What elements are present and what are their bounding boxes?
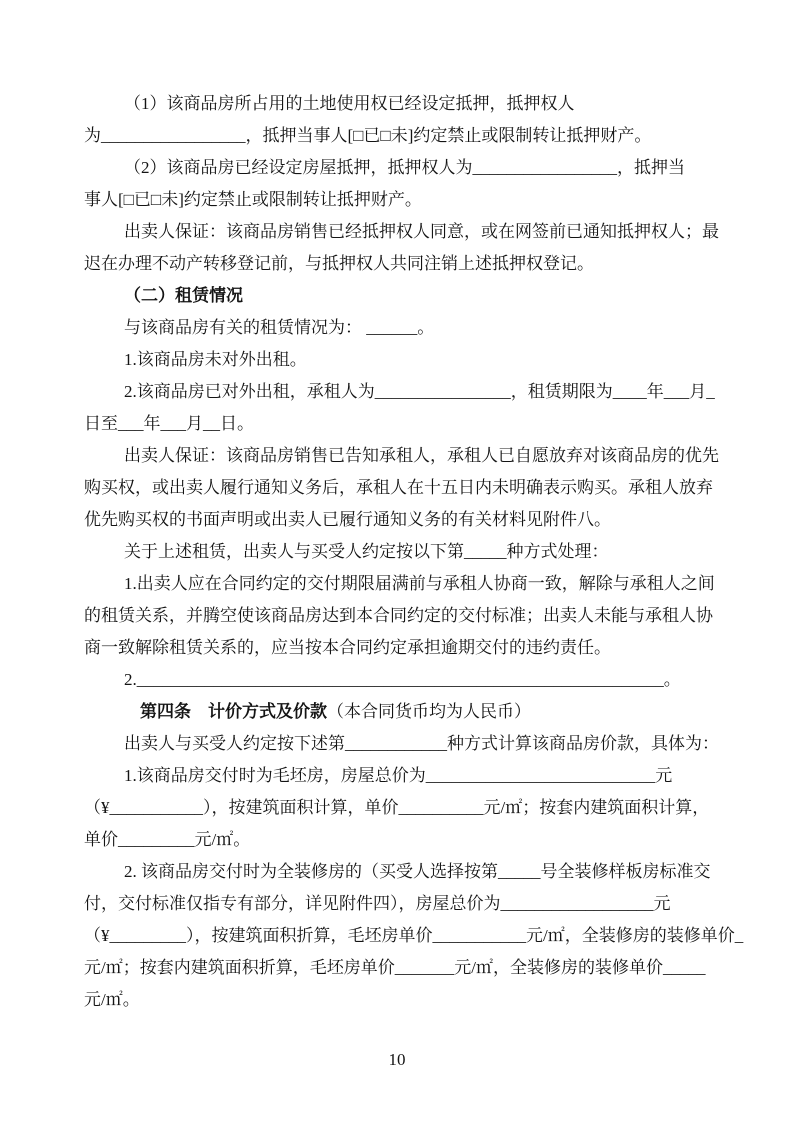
seller-guarantee-rental-1: 出卖人保证：该商品房销售已告知承租人，承租人已自愿放弃对该商品房的优先 xyxy=(84,440,716,472)
rental-option-1: 1.该商品房未对外出租。 xyxy=(84,344,716,376)
text-segment: 2.该商品房已对外出租，承租人为________________，租赁期限为__… xyxy=(124,382,715,401)
clause-mortgage-land-2: 为_________________，抵押当事人[□已□未]约定禁止或限制转让抵… xyxy=(84,120,716,152)
document-body: （1）该商品房所占用的土地使用权已经设定抵押，抵押权人为____________… xyxy=(84,88,716,1016)
bold-text-segment: （二）租赁情况 xyxy=(124,286,243,305)
seller-guarantee-mortgage-1: 出卖人保证：该商品房销售已经抵押权人同意，或在网签前已通知抵押权人；最 xyxy=(84,216,716,248)
seller-guarantee-rental-2: 购买权，或出卖人履行通知义务后，承租人在十五日内未明确表示购买。承租人放弃 xyxy=(84,472,716,504)
text-segment: 1.该商品房未对外出租。 xyxy=(124,350,307,369)
text-segment: 2.______________________________________… xyxy=(124,670,681,689)
price-option-2-line5: 元/㎡。 xyxy=(84,984,716,1016)
seller-guarantee-rental-3: 优先购买权的书面声明或出卖人已履行通知义务的有关材料见附件八。 xyxy=(84,504,716,536)
price-option-2-line1: 2. 该商品房交付时为全装修房的（买受人选择按第_____号全装修样板房标准交 xyxy=(84,856,716,888)
bold-text-segment: 第四条 计价方式及价款 xyxy=(140,702,327,721)
text-segment: 出卖人保证：该商品房销售已经抵押权人同意，或在网签前已通知抵押权人；最 xyxy=(124,222,719,241)
text-segment: （1）该商品房所占用的土地使用权已经设定抵押，抵押权人 xyxy=(124,94,575,113)
rental-option-2-line1: 2.该商品房已对外出租，承租人为________________，租赁期限为__… xyxy=(84,376,716,408)
price-option-1-line2: （¥___________），按建筑面积计算，单价__________元/㎡；按… xyxy=(84,792,716,824)
text-segment: 商一致解除租赁关系的，应当按本合同约定承担逾期交付的违约责任。 xyxy=(84,638,611,657)
price-option-2-line4: 元/㎡；按套内建筑面积折算，毛坯房单价_______元/㎡，全装修房的装修单价_… xyxy=(84,952,716,984)
price-option-2-line3: （¥_________），按建筑面积折算，毛坯房单价___________元/㎡… xyxy=(84,920,716,952)
clause-mortgage-house-2: 事人[□已□未]约定禁止或限制转让抵押财产。 xyxy=(84,184,716,216)
text-segment: （¥_________），按建筑面积折算，毛坯房单价___________元/㎡… xyxy=(84,926,743,945)
text-segment: 关于上述租赁，出卖人与买受人约定按以下第_____种方式处理： xyxy=(124,542,609,561)
rental-handling-choice: 关于上述租赁，出卖人与买受人约定按以下第_____种方式处理： xyxy=(84,536,716,568)
seller-guarantee-mortgage-2: 迟在办理不动产转移登记前，与抵押权人共同注销上述抵押权登记。 xyxy=(84,248,716,280)
contract-page: （1）该商品房所占用的土地使用权已经设定抵押，抵押权人为____________… xyxy=(0,0,794,1122)
clause-mortgage-house-1: （2）该商品房已经设定房屋抵押，抵押权人为_________________，抵… xyxy=(84,152,716,184)
price-method-choice: 出卖人与买受人约定按下述第____________种方式计算该商品房价款，具体为… xyxy=(84,728,716,760)
text-segment: 与该商品房有关的租赁情况为： ______。 xyxy=(124,318,434,337)
text-segment: 2. 该商品房交付时为全装修房的（买受人选择按第_____号全装修样板房标准交 xyxy=(124,862,711,881)
text-segment: 1.出卖人应在合同约定的交付期限届满前与承租人协商一致，解除与承租人之间 xyxy=(124,574,715,593)
price-option-1-line1: 1.该商品房交付时为毛坯房，房屋总价为_____________________… xyxy=(84,760,716,792)
text-segment: 元/㎡。 xyxy=(84,990,140,1009)
text-segment: 日至___年___月__日。 xyxy=(84,414,254,433)
text-segment: 元/㎡；按套内建筑面积折算，毛坯房单价_______元/㎡，全装修房的装修单价_… xyxy=(84,958,705,977)
rental-status-line: 与该商品房有关的租赁情况为： ______。 xyxy=(84,312,716,344)
rental-handling-2-blank: 2.______________________________________… xyxy=(84,664,716,696)
section-heading-rental: （二）租赁情况 xyxy=(84,280,716,312)
text-segment: （本合同货币均为人民币） xyxy=(327,702,531,721)
rental-option-2-line2: 日至___年___月__日。 xyxy=(84,408,716,440)
text-segment: （¥___________），按建筑面积计算，单价__________元/㎡；按… xyxy=(84,798,709,817)
text-segment: 购买权，或出卖人履行通知义务后，承租人在十五日内未明确表示购买。承租人放弃 xyxy=(84,478,713,497)
rental-handling-1-line3: 商一致解除租赁关系的，应当按本合同约定承担逾期交付的违约责任。 xyxy=(84,632,716,664)
text-segment: 出卖人与买受人约定按下述第____________种方式计算该商品房价款，具体为… xyxy=(124,734,719,753)
text-segment: 事人[□已□未]约定禁止或限制转让抵押财产。 xyxy=(84,190,422,209)
price-option-2-line2: 付，交付标准仅指专有部分，详见附件四），房屋总价为_______________… xyxy=(84,888,716,920)
text-segment: 付，交付标准仅指专有部分，详见附件四），房屋总价为_______________… xyxy=(84,894,671,913)
article-4-heading: 第四条 计价方式及价款（本合同货币均为人民币） xyxy=(84,696,716,728)
price-option-1-line3: 单价_________元/㎡。 xyxy=(84,824,716,856)
rental-handling-1-line2: 的租赁关系，并腾空使该商品房达到本合同约定的交付标准；出卖人未能与承租人协 xyxy=(84,600,716,632)
text-segment: 单价_________元/㎡。 xyxy=(84,830,250,849)
page-number: 10 xyxy=(0,1048,794,1072)
text-segment: 为_________________，抵押当事人[□已□未]约定禁止或限制转让抵… xyxy=(84,126,651,145)
clause-mortgage-land-1: （1）该商品房所占用的土地使用权已经设定抵押，抵押权人 xyxy=(84,88,716,120)
text-segment: 的租赁关系，并腾空使该商品房达到本合同约定的交付标准；出卖人未能与承租人协 xyxy=(84,606,713,625)
text-segment: 出卖人保证：该商品房销售已告知承租人，承租人已自愿放弃对该商品房的优先 xyxy=(124,446,719,465)
text-segment: 迟在办理不动产转移登记前，与抵押权人共同注销上述抵押权登记。 xyxy=(84,254,594,273)
text-segment: 1.该商品房交付时为毛坯房，房屋总价为_____________________… xyxy=(124,766,672,785)
text-segment: （2）该商品房已经设定房屋抵押，抵押权人为_________________，抵… xyxy=(124,158,685,177)
rental-handling-1-line1: 1.出卖人应在合同约定的交付期限届满前与承租人协商一致，解除与承租人之间 xyxy=(84,568,716,600)
text-segment: 优先购买权的书面声明或出卖人已履行通知义务的有关材料见附件八。 xyxy=(84,510,611,529)
